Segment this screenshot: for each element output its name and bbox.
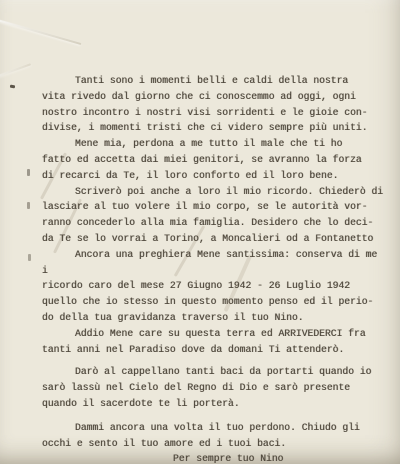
ink-speck — [28, 254, 31, 261]
letter-body: Tanti sono i momenti belli e caldi della… — [42, 73, 384, 464]
letter-paragraph-4: Ancora una preghiera Mene santissima: co… — [42, 247, 384, 326]
letter-paragraph-3: Scriverò poi anche a loro il mio ricordo… — [42, 184, 384, 247]
ink-speck — [27, 169, 30, 176]
letter-paragraph-7: Dammi ancora una volta il tuo perdono. C… — [42, 420, 384, 452]
paper-crease — [0, 17, 81, 45]
letter-paragraph-6: Darò al cappellano tanti baci da portart… — [42, 364, 384, 411]
signature-line: Per sempre tuo Nino — [173, 451, 384, 464]
ink-speck — [10, 85, 15, 89]
ink-speck — [27, 202, 30, 209]
letter-page: Tanti sono i momenti belli e caldi della… — [0, 0, 400, 464]
letter-paragraph-5: Addio Mene care su questa terra ed ARRIV… — [42, 326, 384, 358]
letter-paragraph-2: Mene mia, perdona a me tutto il male che… — [42, 136, 384, 183]
paper-crease — [0, 63, 31, 79]
letter-paragraph-1: Tanti sono i momenti belli e caldi della… — [42, 73, 384, 136]
